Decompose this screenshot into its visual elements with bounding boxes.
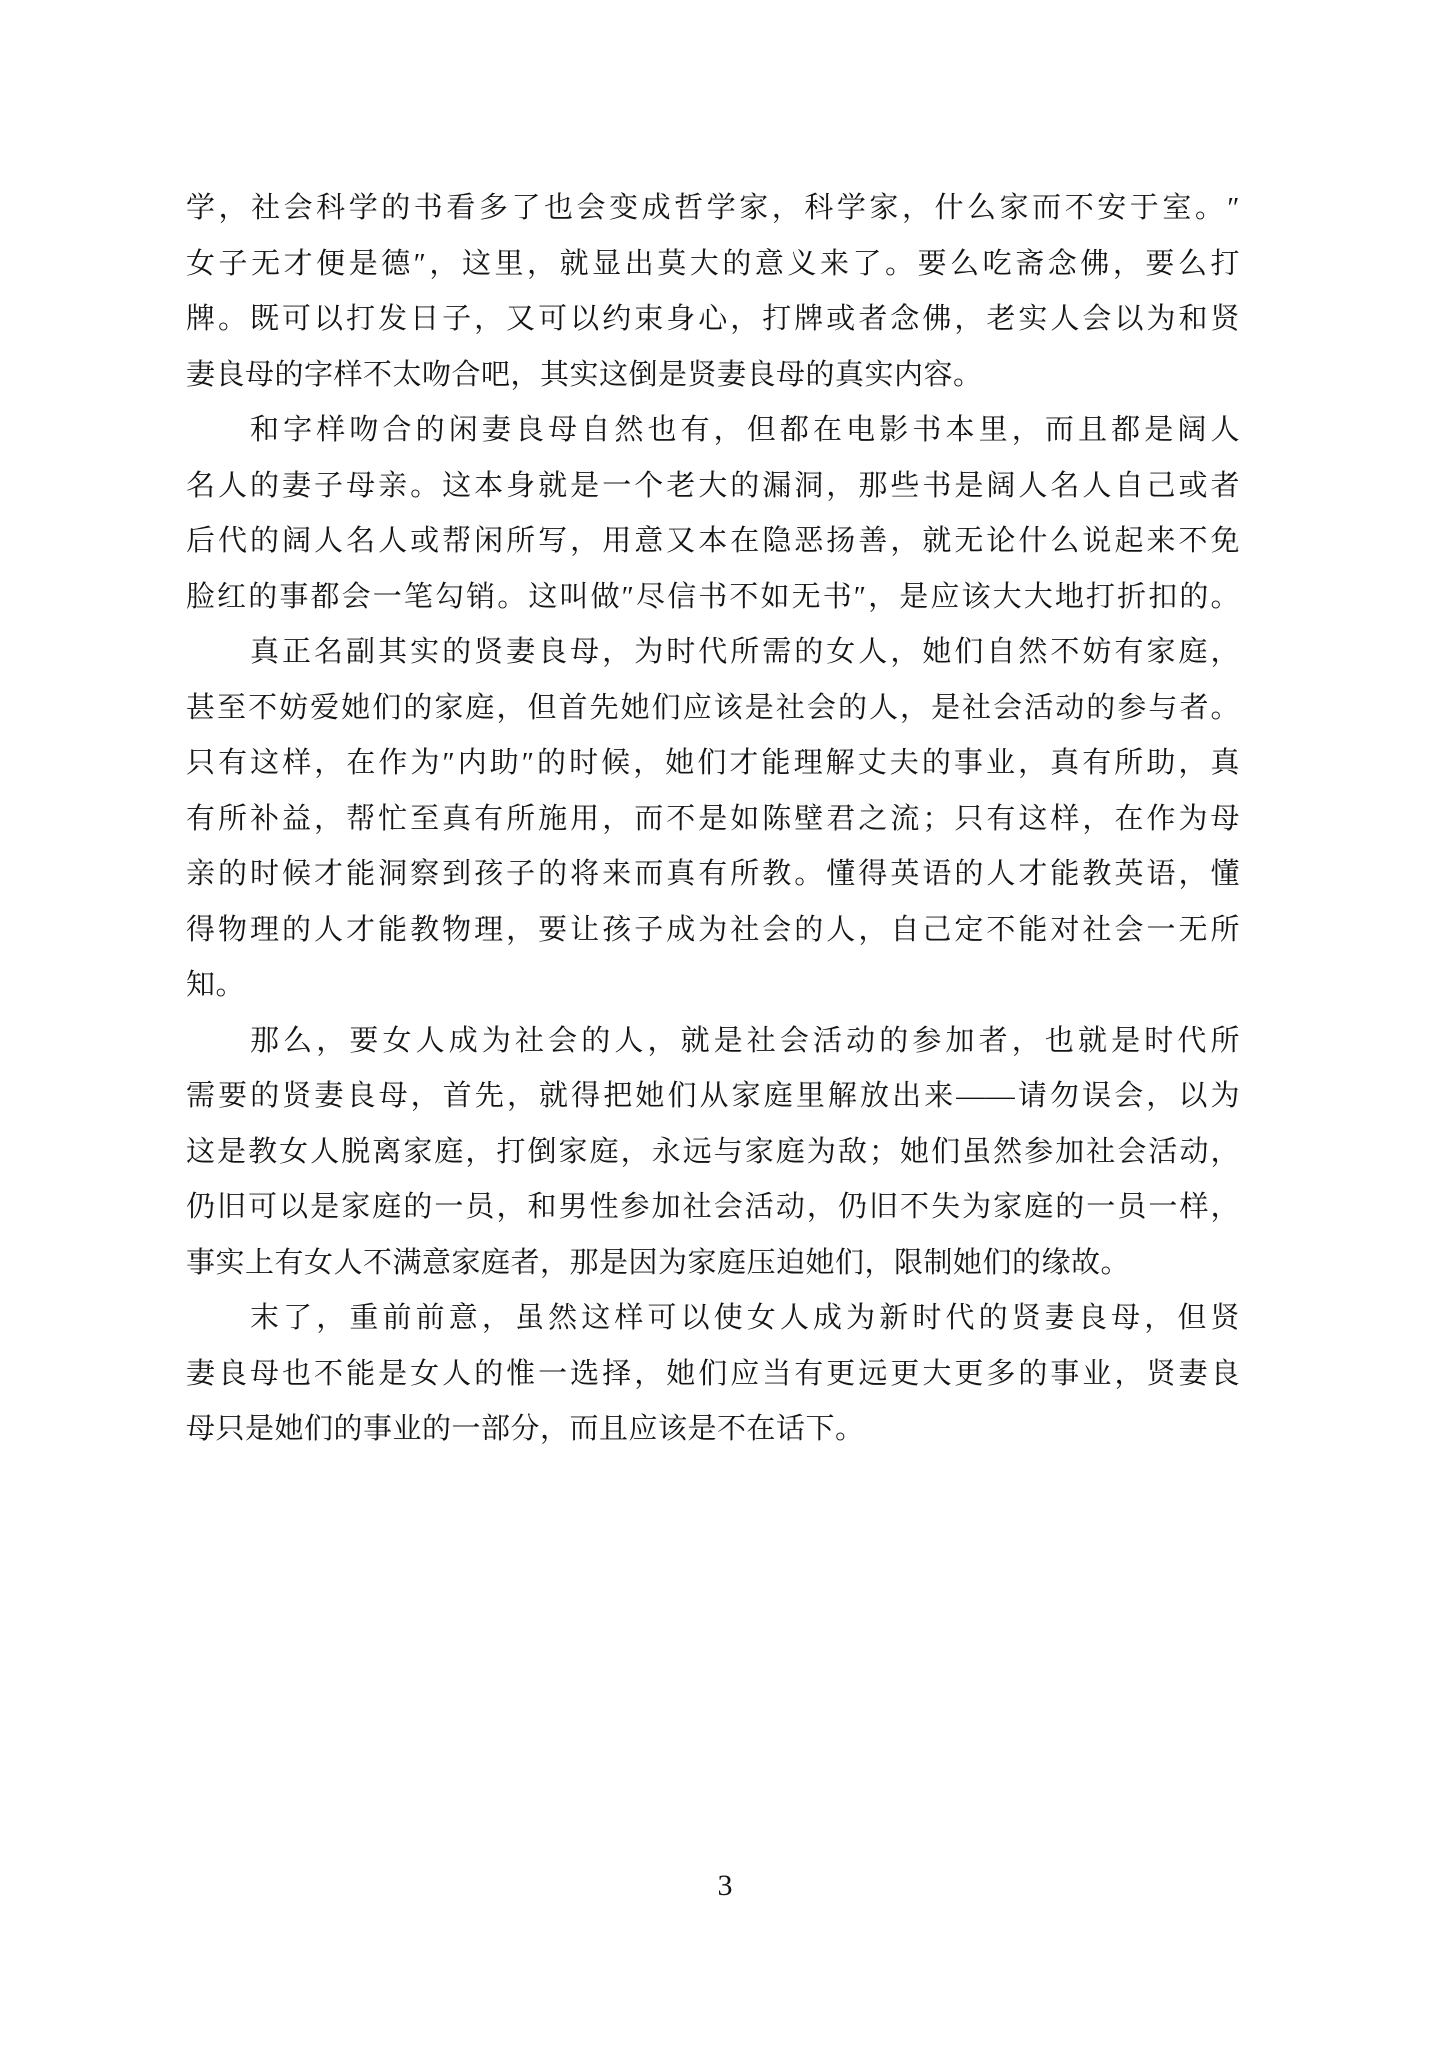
text-line: 那么，要女人成为社会的人，就是社会活动的参加者，也就是时代所 <box>186 1014 1240 1070</box>
text-line: 有所补益，帮忙至真有所施用，而不是如陈壁君之流；只有这样，在作为母 <box>186 792 1240 848</box>
text-line: 妻良母的字样不太吻合吧，其实这倒是贤妻良母的真实内容。 <box>186 348 1240 404</box>
document-page: 学，社会科学的书看多了也会变成哲学家，科学家，什么家而不安于室。″女子无才便是德… <box>0 0 1450 2048</box>
text-line: 名人的妻子母亲。这本身就是一个老大的漏洞，那些书是阔人名人自己或者 <box>186 459 1240 515</box>
text-line: 只有这样，在作为″内助″的时候，她们才能理解丈夫的事业，真有所助，真 <box>186 736 1240 792</box>
text-line: 脸红的事都会一笔勾销。这叫做″尽信书不如无书″，是应该大大地打折扣的。 <box>186 570 1240 626</box>
text-line: 牌。既可以打发日子，又可以约束身心，打牌或者念佛，老实人会以为和贤 <box>186 292 1240 348</box>
text-line: 得物理的人才能教物理，要让孩子成为社会的人，自己定不能对社会一无所 <box>186 903 1240 959</box>
text-line: 这是教女人脱离家庭，打倒家庭，永远与家庭为敌；她们虽然参加社会活动， <box>186 1125 1240 1181</box>
text-line: 亲的时候才能洞察到孩子的将来而真有所教。懂得英语的人才能教英语，懂 <box>186 847 1240 903</box>
text-line: 甚至不妨爱她们的家庭，但首先她们应该是社会的人，是社会活动的参与者。 <box>186 681 1240 737</box>
text-line: 真正名副其实的贤妻良母，为时代所需的女人，她们自然不妨有家庭， <box>186 625 1240 681</box>
text-line: 学，社会科学的书看多了也会变成哲学家，科学家，什么家而不安于室。″ <box>186 181 1240 237</box>
text-line: 知。 <box>186 958 1240 1014</box>
body-text: 学，社会科学的书看多了也会变成哲学家，科学家，什么家而不安于室。″女子无才便是德… <box>186 181 1240 1458</box>
text-line: 末了，重前前意，虽然这样可以使女人成为新时代的贤妻良母，但贤 <box>186 1291 1240 1347</box>
text-line: 事实上有女人不满意家庭者，那是因为家庭压迫她们，限制她们的缘故。 <box>186 1236 1240 1292</box>
text-line: 仍旧可以是家庭的一员，和男性参加社会活动，仍旧不失为家庭的一员一样， <box>186 1180 1240 1236</box>
text-line: 后代的阔人名人或帮闲所写，用意又本在隐恶扬善，就无论什么说起来不免 <box>186 514 1240 570</box>
text-line: 需要的贤妻良母，首先，就得把她们从家庭里解放出来——请勿误会，以为 <box>186 1069 1240 1125</box>
page-number: 3 <box>0 1868 1450 1904</box>
text-line: 和字样吻合的闲妻良母自然也有，但都在电影书本里，而且都是阔人 <box>186 403 1240 459</box>
text-line: 妻良母也不能是女人的惟一选择，她们应当有更远更大更多的事业，贤妻良 <box>186 1347 1240 1403</box>
text-line: 女子无才便是德″，这里，就显出莫大的意义来了。要么吃斋念佛，要么打 <box>186 237 1240 293</box>
text-line: 母只是她们的事业的一部分，而且应该是不在话下。 <box>186 1402 1240 1458</box>
